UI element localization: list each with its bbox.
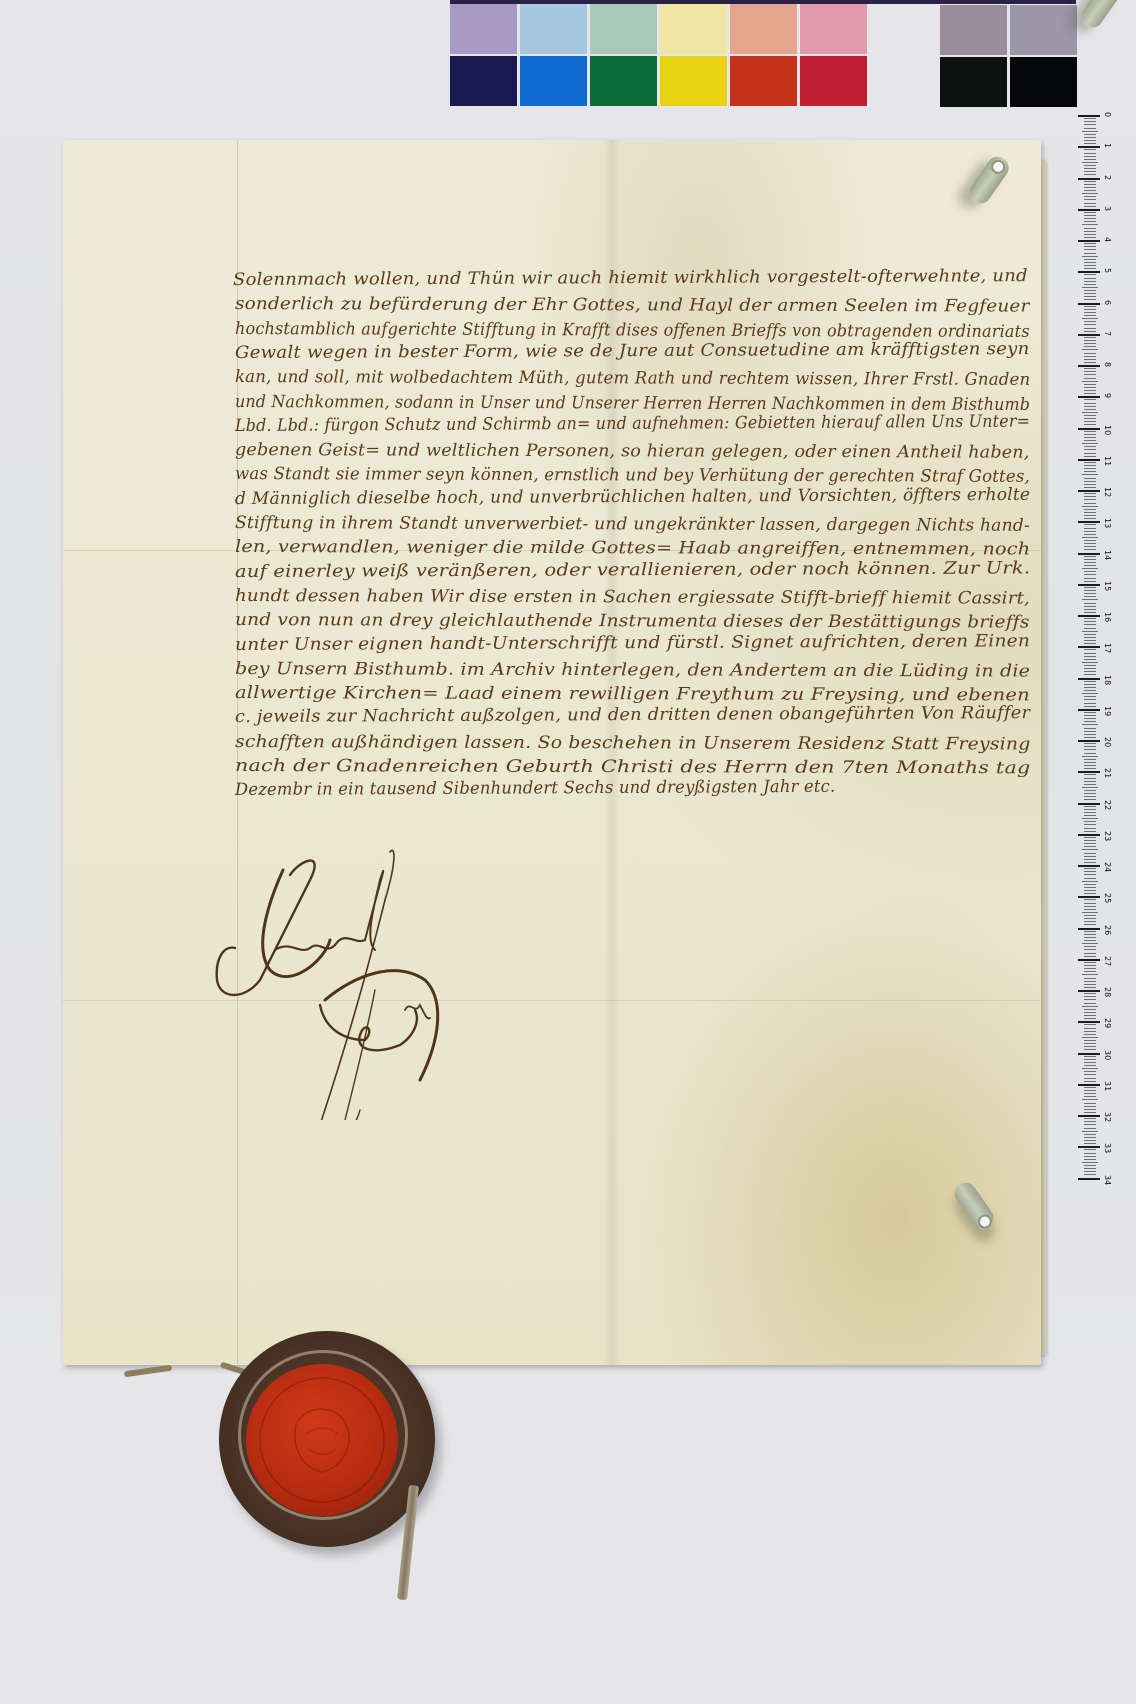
ruler-minor-tick — [1084, 543, 1096, 544]
ruler-minor-tick — [1084, 753, 1096, 754]
ruler-minor-tick — [1084, 196, 1096, 197]
ruler-minor-tick — [1084, 462, 1096, 463]
ruler-major-tick — [1078, 490, 1100, 492]
ruler-major-tick — [1078, 240, 1100, 242]
ruler-minor-tick — [1084, 1109, 1096, 1110]
ruler-label: 23 — [1103, 831, 1112, 841]
ruler-minor-tick — [1084, 715, 1096, 716]
ruler-minor-tick — [1084, 274, 1096, 275]
ruler-minor-tick — [1084, 649, 1096, 650]
ruler-minor-tick — [1084, 940, 1096, 941]
ruler-minor-tick — [1084, 359, 1096, 360]
ruler-minor-tick — [1084, 859, 1096, 860]
ruler-minor-tick — [1084, 399, 1096, 400]
ruler-minor-tick — [1084, 762, 1096, 763]
ruler-label: 24 — [1103, 862, 1112, 872]
ruler-minor-tick — [1084, 812, 1096, 813]
ruler-major-tick — [1078, 834, 1100, 836]
ruler-minor-tick — [1084, 499, 1096, 500]
ruler-minor-tick — [1084, 718, 1096, 719]
ruler-major-tick — [1078, 459, 1100, 461]
ruler-minor-tick — [1084, 1106, 1096, 1107]
ruler-minor-tick — [1084, 993, 1096, 994]
ruler-label: 15 — [1103, 581, 1112, 591]
ruler-label: 20 — [1103, 737, 1112, 747]
ruler-minor-tick — [1084, 946, 1096, 947]
ruler-minor-tick — [1082, 193, 1098, 194]
ruler-minor-tick — [1084, 1096, 1096, 1097]
cm-ruler: 0123456789101112131415161718192021222324… — [1078, 112, 1126, 1182]
ruler-minor-tick — [1084, 1015, 1096, 1016]
ruler-minor-tick — [1084, 290, 1096, 291]
ruler-minor-tick — [1084, 309, 1096, 310]
ruler-minor-tick — [1084, 737, 1096, 738]
ruler-minor-tick — [1084, 781, 1096, 782]
ruler-minor-tick — [1084, 540, 1096, 541]
ruler-minor-tick — [1084, 671, 1096, 672]
ruler-minor-tick — [1084, 571, 1096, 572]
ruler-minor-tick — [1084, 921, 1096, 922]
ruler-minor-tick — [1082, 881, 1098, 882]
swatch-gray-top-2 — [1010, 5, 1077, 55]
ruler-label: 0 — [1103, 112, 1112, 117]
ruler-minor-tick — [1084, 690, 1096, 691]
ruler-minor-tick — [1084, 234, 1096, 235]
ruler-minor-tick — [1084, 134, 1096, 135]
text-line: hundt dessen haben Wir dise ersten in Sa… — [235, 586, 1030, 609]
ruler-major-tick — [1078, 615, 1100, 617]
ruler-minor-tick — [1084, 468, 1096, 469]
ruler-minor-tick — [1084, 340, 1096, 341]
ruler-major-tick — [1078, 521, 1100, 523]
swatch-bottom-2 — [520, 56, 587, 106]
ruler-minor-tick — [1082, 974, 1098, 975]
ruler-minor-tick — [1084, 874, 1096, 875]
ruler-label: 25 — [1103, 893, 1112, 903]
ruler-minor-tick — [1082, 693, 1098, 694]
ruler-minor-tick — [1082, 943, 1098, 944]
ruler-label: 3 — [1103, 206, 1112, 211]
ruler-minor-tick — [1084, 215, 1096, 216]
ruler-minor-tick — [1084, 315, 1096, 316]
ruler-label: 9 — [1103, 393, 1112, 398]
ruler-minor-tick — [1084, 681, 1096, 682]
ruler-major-tick — [1078, 896, 1100, 898]
ruler-minor-tick — [1084, 190, 1096, 191]
ruler-minor-tick — [1084, 299, 1096, 300]
text-line: Solennmach wollen, und Thün wir auch hie… — [233, 266, 1028, 290]
ruler-minor-tick — [1084, 949, 1096, 950]
ruler-minor-tick — [1084, 1128, 1096, 1129]
ruler-minor-tick — [1084, 899, 1096, 900]
ruler-minor-tick — [1084, 534, 1096, 535]
ruler-label: 7 — [1103, 331, 1112, 336]
ruler-minor-tick — [1084, 843, 1096, 844]
ruler-minor-tick — [1084, 837, 1096, 838]
ruler-major-tick — [1078, 678, 1100, 680]
ruler-major-tick — [1078, 1053, 1100, 1055]
ruler-minor-tick — [1084, 231, 1096, 232]
ruler-minor-tick — [1084, 384, 1096, 385]
ruler-minor-tick — [1084, 515, 1096, 516]
ruler-minor-tick — [1084, 1018, 1096, 1019]
ruler-minor-tick — [1084, 1171, 1096, 1172]
ruler-minor-tick — [1084, 1140, 1096, 1141]
ruler-minor-tick — [1082, 662, 1098, 663]
ruler-minor-tick — [1084, 243, 1096, 244]
ruler-label: 10 — [1103, 425, 1112, 435]
text-line: was Standt sie immer seyn können, ernstl… — [235, 464, 1030, 487]
ruler-minor-tick — [1082, 724, 1098, 725]
ruler-minor-tick — [1084, 331, 1096, 332]
ruler-label: 11 — [1103, 456, 1112, 466]
ruler-minor-tick — [1082, 443, 1098, 444]
ruler-major-tick — [1078, 209, 1100, 211]
ruler-minor-tick — [1084, 128, 1096, 129]
ruler-minor-tick — [1084, 228, 1096, 229]
ruler-minor-tick — [1084, 531, 1096, 532]
ruler-minor-tick — [1084, 953, 1096, 954]
ruler-minor-tick — [1084, 934, 1096, 935]
ruler-minor-tick — [1084, 293, 1096, 294]
ruler-minor-tick — [1084, 203, 1096, 204]
ruler-label: 12 — [1103, 487, 1112, 497]
ruler-minor-tick — [1082, 474, 1098, 475]
ruler-minor-tick — [1084, 1046, 1096, 1047]
ruler-label: 34 — [1103, 1175, 1112, 1185]
ruler-minor-tick — [1084, 937, 1096, 938]
ruler-minor-tick — [1084, 971, 1096, 972]
ruler-minor-tick — [1084, 424, 1096, 425]
ruler-minor-tick — [1084, 278, 1096, 279]
ruler-minor-tick — [1084, 153, 1096, 154]
ruler-minor-tick — [1084, 609, 1096, 610]
ruler-minor-tick — [1084, 165, 1096, 166]
ruler-minor-tick — [1084, 924, 1096, 925]
ruler-minor-tick — [1082, 318, 1098, 319]
ruler-minor-tick — [1084, 1121, 1096, 1122]
mounting-pin-top-right — [1077, 0, 1125, 32]
ruler-minor-tick — [1084, 890, 1096, 891]
ruler-minor-tick — [1084, 174, 1096, 175]
ruler-minor-tick — [1084, 206, 1096, 207]
seal-cord-left — [124, 1365, 172, 1378]
mounting-pin-bottom — [950, 1178, 998, 1233]
ruler-minor-tick — [1084, 1003, 1096, 1004]
ruler-minor-tick — [1084, 996, 1096, 997]
ruler-minor-tick — [1084, 728, 1096, 729]
ruler-minor-tick — [1084, 218, 1096, 219]
ruler-minor-tick — [1084, 124, 1096, 125]
ruler-minor-tick — [1084, 390, 1096, 391]
ruler-minor-tick — [1084, 624, 1096, 625]
ruler-minor-tick — [1084, 656, 1096, 657]
ruler-minor-tick — [1084, 1168, 1096, 1169]
ruler-minor-tick — [1084, 784, 1096, 785]
ruler-minor-tick — [1084, 246, 1096, 247]
ruler-minor-tick — [1084, 1012, 1096, 1013]
ruler-minor-tick — [1084, 328, 1096, 329]
ruler-minor-tick — [1084, 1065, 1096, 1066]
ruler-minor-tick — [1084, 968, 1096, 969]
ruler-minor-tick — [1084, 596, 1096, 597]
ruler-minor-tick — [1084, 199, 1096, 200]
ruler-minor-tick — [1084, 168, 1096, 169]
ruler-minor-tick — [1084, 731, 1096, 732]
ruler-minor-tick — [1084, 768, 1096, 769]
ruler-label: 14 — [1103, 550, 1112, 560]
ruler-minor-tick — [1084, 449, 1096, 450]
ruler-minor-tick — [1084, 562, 1096, 563]
ruler-minor-tick — [1084, 265, 1096, 266]
ruler-label: 8 — [1103, 362, 1112, 367]
ruler-minor-tick — [1084, 324, 1096, 325]
ruler-minor-tick — [1084, 893, 1096, 894]
ruler-minor-tick — [1084, 262, 1096, 263]
ruler-minor-tick — [1084, 696, 1096, 697]
ruler-minor-tick — [1084, 371, 1096, 372]
ruler-minor-tick — [1084, 956, 1096, 957]
ruler-minor-tick — [1084, 1078, 1096, 1079]
ruler-minor-tick — [1082, 599, 1098, 600]
ruler-minor-tick — [1082, 412, 1098, 413]
ruler-minor-tick — [1082, 224, 1098, 225]
ruler-minor-tick — [1084, 471, 1096, 472]
ruler-minor-tick — [1084, 1056, 1096, 1057]
ruler-minor-tick — [1084, 509, 1096, 510]
swatch-gray-top-1 — [940, 5, 1007, 55]
swatch-top-4 — [660, 4, 727, 54]
ruler-minor-tick — [1084, 668, 1096, 669]
ruler-minor-tick — [1082, 1006, 1098, 1007]
ruler-minor-tick — [1084, 587, 1096, 588]
ruler-minor-tick — [1084, 1103, 1096, 1104]
swatch-bottom-6 — [800, 56, 867, 106]
ruler-minor-tick — [1084, 368, 1096, 369]
ruler-minor-tick — [1084, 184, 1096, 185]
ruler-minor-tick — [1084, 528, 1096, 529]
ruler-minor-tick — [1084, 1156, 1096, 1157]
text-line: hochstamblich aufgerichte Stifftung in K… — [235, 319, 1030, 342]
ruler-major-tick — [1078, 709, 1100, 711]
ruler-major-tick — [1078, 740, 1100, 742]
ruler-minor-tick — [1084, 559, 1096, 560]
ruler-minor-tick — [1084, 903, 1096, 904]
swatch-gray-bottom-2 — [1010, 57, 1077, 107]
ruler-minor-tick — [1084, 856, 1096, 857]
ruler-minor-tick — [1084, 465, 1096, 466]
ruler-major-tick — [1078, 396, 1100, 398]
ruler-minor-tick — [1084, 181, 1096, 182]
ruler-minor-tick — [1084, 487, 1096, 488]
text-line: und von nun an drey gleichlauthende Inst… — [235, 610, 1030, 633]
ruler-major-tick — [1078, 1115, 1100, 1117]
ruler-minor-tick — [1084, 171, 1096, 172]
ruler-minor-tick — [1084, 415, 1096, 416]
ruler-minor-tick — [1084, 1074, 1096, 1075]
ruler-major-tick — [1078, 146, 1100, 148]
ruler-minor-tick — [1084, 734, 1096, 735]
ruler-minor-tick — [1084, 846, 1096, 847]
ruler-minor-tick — [1082, 287, 1098, 288]
ruler-minor-tick — [1084, 887, 1096, 888]
ruler-minor-tick — [1084, 862, 1096, 863]
ruler-minor-tick — [1084, 809, 1096, 810]
ruler-minor-tick — [1084, 431, 1096, 432]
ruler-minor-tick — [1084, 374, 1096, 375]
ruler-major-tick — [1078, 928, 1100, 930]
ruler-minor-tick — [1084, 403, 1096, 404]
ruler-minor-tick — [1084, 878, 1096, 879]
ruler-minor-tick — [1082, 849, 1098, 850]
ruler-minor-tick — [1084, 621, 1096, 622]
ruler-label: 30 — [1103, 1050, 1112, 1060]
text-line: sonderlich zu befürderung der Ehr Gottes… — [235, 294, 1030, 317]
ruler-minor-tick — [1082, 568, 1098, 569]
ruler-minor-tick — [1084, 687, 1096, 688]
ruler-minor-tick — [1084, 749, 1096, 750]
ruler-minor-tick — [1084, 421, 1096, 422]
text-line: und Nachkommen, sodann in Unser und Unse… — [235, 392, 1030, 415]
ruler-label: 1 — [1103, 143, 1112, 148]
ruler-minor-tick — [1084, 221, 1096, 222]
ruler-minor-tick — [1084, 1093, 1096, 1094]
parchment-page: Solennmach wollen, und Thün wir auch hie… — [63, 140, 1041, 1365]
swatch-bottom-5 — [730, 56, 797, 106]
ruler-minor-tick — [1082, 1068, 1098, 1069]
ruler-major-tick — [1078, 334, 1100, 336]
ruler-minor-tick — [1084, 1159, 1096, 1160]
ruler-label: 28 — [1103, 987, 1112, 997]
ruler-minor-tick — [1084, 653, 1096, 654]
ruler-minor-tick — [1084, 962, 1096, 963]
ruler-minor-tick — [1084, 743, 1096, 744]
ruler-major-tick — [1078, 1084, 1100, 1086]
ruler-minor-tick — [1084, 121, 1096, 122]
ruler-minor-tick — [1084, 118, 1096, 119]
ruler-minor-tick — [1084, 253, 1096, 254]
ruler-minor-tick — [1084, 578, 1096, 579]
ruler-label: 22 — [1103, 800, 1112, 810]
text-line: unter Unser eignen handt-Unterschrifft u… — [235, 631, 1030, 655]
ruler-minor-tick — [1084, 137, 1096, 138]
text-line: Gewalt wegen in bester Form, wie se de J… — [235, 339, 1030, 363]
mounting-pin-top — [965, 152, 1013, 207]
ruler-major-tick — [1078, 990, 1100, 992]
ruler-minor-tick — [1084, 1031, 1096, 1032]
ruler-minor-tick — [1084, 906, 1096, 907]
ruler-minor-tick — [1084, 434, 1096, 435]
swatch-gray-bottom-1 — [940, 57, 1007, 107]
swatch-top-1 — [450, 4, 517, 54]
ruler-label: 29 — [1103, 1018, 1112, 1028]
ruler-minor-tick — [1084, 306, 1096, 307]
ruler-minor-tick — [1084, 721, 1096, 722]
ruler-minor-tick — [1084, 343, 1096, 344]
ruler-minor-tick — [1084, 978, 1096, 979]
ruler-minor-tick — [1084, 593, 1096, 594]
ruler-minor-tick — [1084, 759, 1096, 760]
ruler-major-tick — [1078, 1021, 1100, 1023]
ruler-minor-tick — [1084, 1062, 1096, 1063]
ruler-minor-tick — [1084, 440, 1096, 441]
ruler-minor-tick — [1084, 1134, 1096, 1135]
ruler-minor-tick — [1084, 634, 1096, 635]
ruler-minor-tick — [1084, 1059, 1096, 1060]
ruler-major-tick — [1078, 1178, 1100, 1180]
ruler-minor-tick — [1084, 1040, 1096, 1041]
ruler-minor-tick — [1084, 387, 1096, 388]
ruler-minor-tick — [1084, 868, 1096, 869]
ruler-minor-tick — [1084, 484, 1096, 485]
ruler-minor-tick — [1084, 156, 1096, 157]
text-line: auf einerley weiß veränßeren, oder veral… — [235, 558, 1030, 582]
ruler-minor-tick — [1084, 503, 1096, 504]
ruler-minor-tick — [1084, 618, 1096, 619]
signature — [215, 840, 475, 1120]
ruler-label: 32 — [1103, 1112, 1112, 1122]
ruler-minor-tick — [1082, 349, 1098, 350]
ruler-minor-tick — [1084, 984, 1096, 985]
ruler-minor-tick — [1084, 159, 1096, 160]
ruler-minor-tick — [1084, 612, 1096, 613]
ruler-minor-tick — [1084, 259, 1096, 260]
ruler-minor-tick — [1084, 840, 1096, 841]
ruler-minor-tick — [1084, 212, 1096, 213]
ruler-minor-tick — [1084, 931, 1096, 932]
ruler-label: 26 — [1103, 925, 1112, 935]
swatch-bottom-4 — [660, 56, 727, 106]
ruler-major-tick — [1078, 865, 1100, 867]
ruler-label: 2 — [1103, 175, 1112, 180]
ruler-minor-tick — [1084, 790, 1096, 791]
ruler-minor-tick — [1084, 590, 1096, 591]
ruler-minor-tick — [1084, 915, 1096, 916]
ruler-minor-tick — [1084, 574, 1096, 575]
ruler-minor-tick — [1084, 1174, 1096, 1175]
ruler-label: 5 — [1103, 268, 1112, 273]
ruler-minor-tick — [1084, 140, 1096, 141]
ruler-minor-tick — [1084, 1165, 1096, 1166]
ruler-minor-tick — [1084, 1071, 1096, 1072]
ruler-major-tick — [1078, 771, 1100, 773]
ruler-minor-tick — [1084, 1009, 1096, 1010]
ruler-minor-tick — [1084, 1087, 1096, 1088]
ruler-minor-tick — [1084, 446, 1096, 447]
ruler-minor-tick — [1084, 1043, 1096, 1044]
text-line: nach der Gnadenreichen Geburth Christi d… — [235, 756, 1031, 778]
swatch-bottom-1 — [450, 56, 517, 106]
ruler-minor-tick — [1084, 337, 1096, 338]
swatch-bottom-3 — [590, 56, 657, 106]
ruler-minor-tick — [1084, 418, 1096, 419]
ruler-minor-tick — [1084, 546, 1096, 547]
text-line: len, verwandlen, weniger die milde Gotte… — [235, 537, 1030, 559]
ruler-minor-tick — [1084, 143, 1096, 144]
ruler-label: 21 — [1103, 768, 1112, 778]
ruler-minor-tick — [1082, 1162, 1098, 1163]
ruler-minor-tick — [1084, 793, 1096, 794]
ruler-minor-tick — [1082, 631, 1098, 632]
ruler-label: 6 — [1103, 300, 1112, 305]
ruler-minor-tick — [1084, 346, 1096, 347]
ruler-minor-tick — [1082, 756, 1098, 757]
ruler-minor-tick — [1082, 506, 1098, 507]
ruler-minor-tick — [1084, 778, 1096, 779]
ruler-minor-tick — [1084, 909, 1096, 910]
ruler-minor-tick — [1084, 712, 1096, 713]
ruler-major-tick — [1078, 1146, 1100, 1148]
